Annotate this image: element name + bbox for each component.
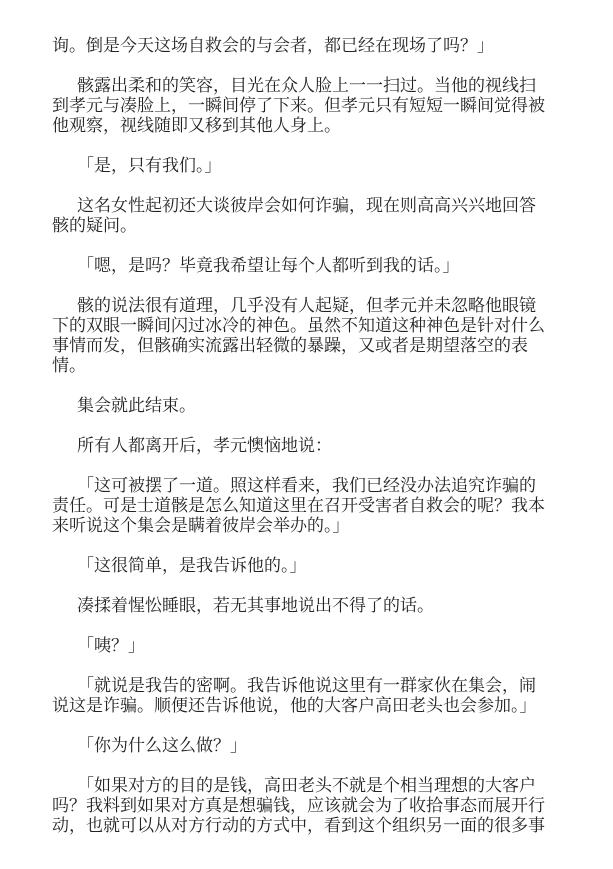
text-line: 集会就此结束。	[52, 396, 561, 416]
text-line: 事情而发，但骸确实流露出轻微的暴躁，又或者是期望落空的表	[52, 336, 561, 356]
text-line: 「这可被摆了一道。照这样看来，我们已经没办法追究诈骗的	[52, 476, 561, 496]
paragraph: 「你为什么这么做？」	[52, 736, 561, 756]
text-line: 凑揉着惺忪睡眼，若无其事地说出不得了的话。	[52, 596, 561, 616]
paragraph: 「这很简单，是我告诉他的。」	[52, 556, 561, 576]
text-line: 骸的说法很有道理，几乎没有人起疑，但孝元并未忽略他眼镜	[52, 296, 561, 316]
text-line: 所有人都离开后，孝元懊恼地说：	[52, 436, 561, 456]
paragraph: 集会就此结束。	[52, 396, 561, 416]
text-line: 「就说是我告的密啊。我告诉他说这里有一群家伙在集会，闹	[52, 676, 561, 696]
paragraph: 「如果对方的目的是钱，高田老头不就是个相当理想的大客户 吗？我料到如果对方真是想…	[52, 776, 561, 836]
text-line: 骸的疑问。	[52, 216, 561, 236]
paragraph: 凑揉着惺忪睡眼，若无其事地说出不得了的话。	[52, 596, 561, 616]
paragraph: 「是，只有我们。」	[52, 156, 561, 176]
text-line: 「如果对方的目的是钱，高田老头不就是个相当理想的大客户	[52, 776, 561, 796]
text-line: 下的双眼一瞬间闪过冰冷的神色。虽然不知道这种神色是针对什么	[52, 316, 561, 336]
paragraph: 「这可被摆了一道。照这样看来，我们已经没办法追究诈骗的 责任。可是士道骸是怎么知…	[52, 476, 561, 536]
paragraph: 所有人都离开后，孝元懊恼地说：	[52, 436, 561, 456]
text-line: 「这很简单，是我告诉他的。」	[52, 556, 561, 576]
text-line: 「是，只有我们。」	[52, 156, 561, 176]
text-line: 来听说这个集会是瞒着彼岸会举办的。」	[52, 516, 561, 536]
text-line: 这名女性起初还大谈彼岸会如何诈骗，现在则高高兴兴地回答	[52, 196, 561, 216]
text-line: 「你为什么这么做？」	[52, 736, 561, 756]
text-line: 「咦？」	[52, 636, 561, 656]
text-line: 责任。可是士道骸是怎么知道这里在召开受害者自救会的呢？我本	[52, 496, 561, 516]
text-line: 动，也就可以从对方行动的方式中，看到这个组织另一面的很多事	[52, 816, 561, 836]
paragraph: 「嗯，是吗？毕竟我希望让每个人都听到我的话。」	[52, 256, 561, 276]
text-line: 说这是诈骗。顺便还告诉他说，他的大客户高田老头也会参加。」	[52, 696, 561, 716]
paragraph: 这名女性起初还大谈彼岸会如何诈骗，现在则高高兴兴地回答 骸的疑问。	[52, 196, 561, 236]
paragraph: 「就说是我告的密啊。我告诉他说这里有一群家伙在集会，闹 说这是诈骗。顺便还告诉他…	[52, 676, 561, 716]
text-line: 他观察，视线随即又移到其他人身上。	[52, 116, 561, 136]
text-line: 「嗯，是吗？毕竟我希望让每个人都听到我的话。」	[52, 256, 561, 276]
paragraph: 骸露出柔和的笑容，目光在众人脸上一一扫过。当他的视线扫 到孝元与凑脸上，一瞬间停…	[52, 76, 561, 136]
text-line: 吗？我料到如果对方真是想骗钱，应该就会为了收拾事态而展开行	[52, 796, 561, 816]
text-line: 询。倒是今天这场自救会的与会者，都已经在现场了吗？」	[52, 36, 561, 56]
paragraph: 询。倒是今天这场自救会的与会者，都已经在现场了吗？」	[52, 36, 561, 56]
text-line: 到孝元与凑脸上，一瞬间停了下来。但孝元只有短短一瞬间觉得被	[52, 96, 561, 116]
paragraph: 骸的说法很有道理，几乎没有人起疑，但孝元并未忽略他眼镜 下的双眼一瞬间闪过冰冷的…	[52, 296, 561, 376]
text-line: 骸露出柔和的笑容，目光在众人脸上一一扫过。当他的视线扫	[52, 76, 561, 96]
paragraph: 「咦？」	[52, 636, 561, 656]
document-page: 询。倒是今天这场自救会的与会者，都已经在现场了吗？」 骸露出柔和的笑容，目光在众…	[0, 0, 613, 869]
text-line: 情。	[52, 356, 561, 376]
